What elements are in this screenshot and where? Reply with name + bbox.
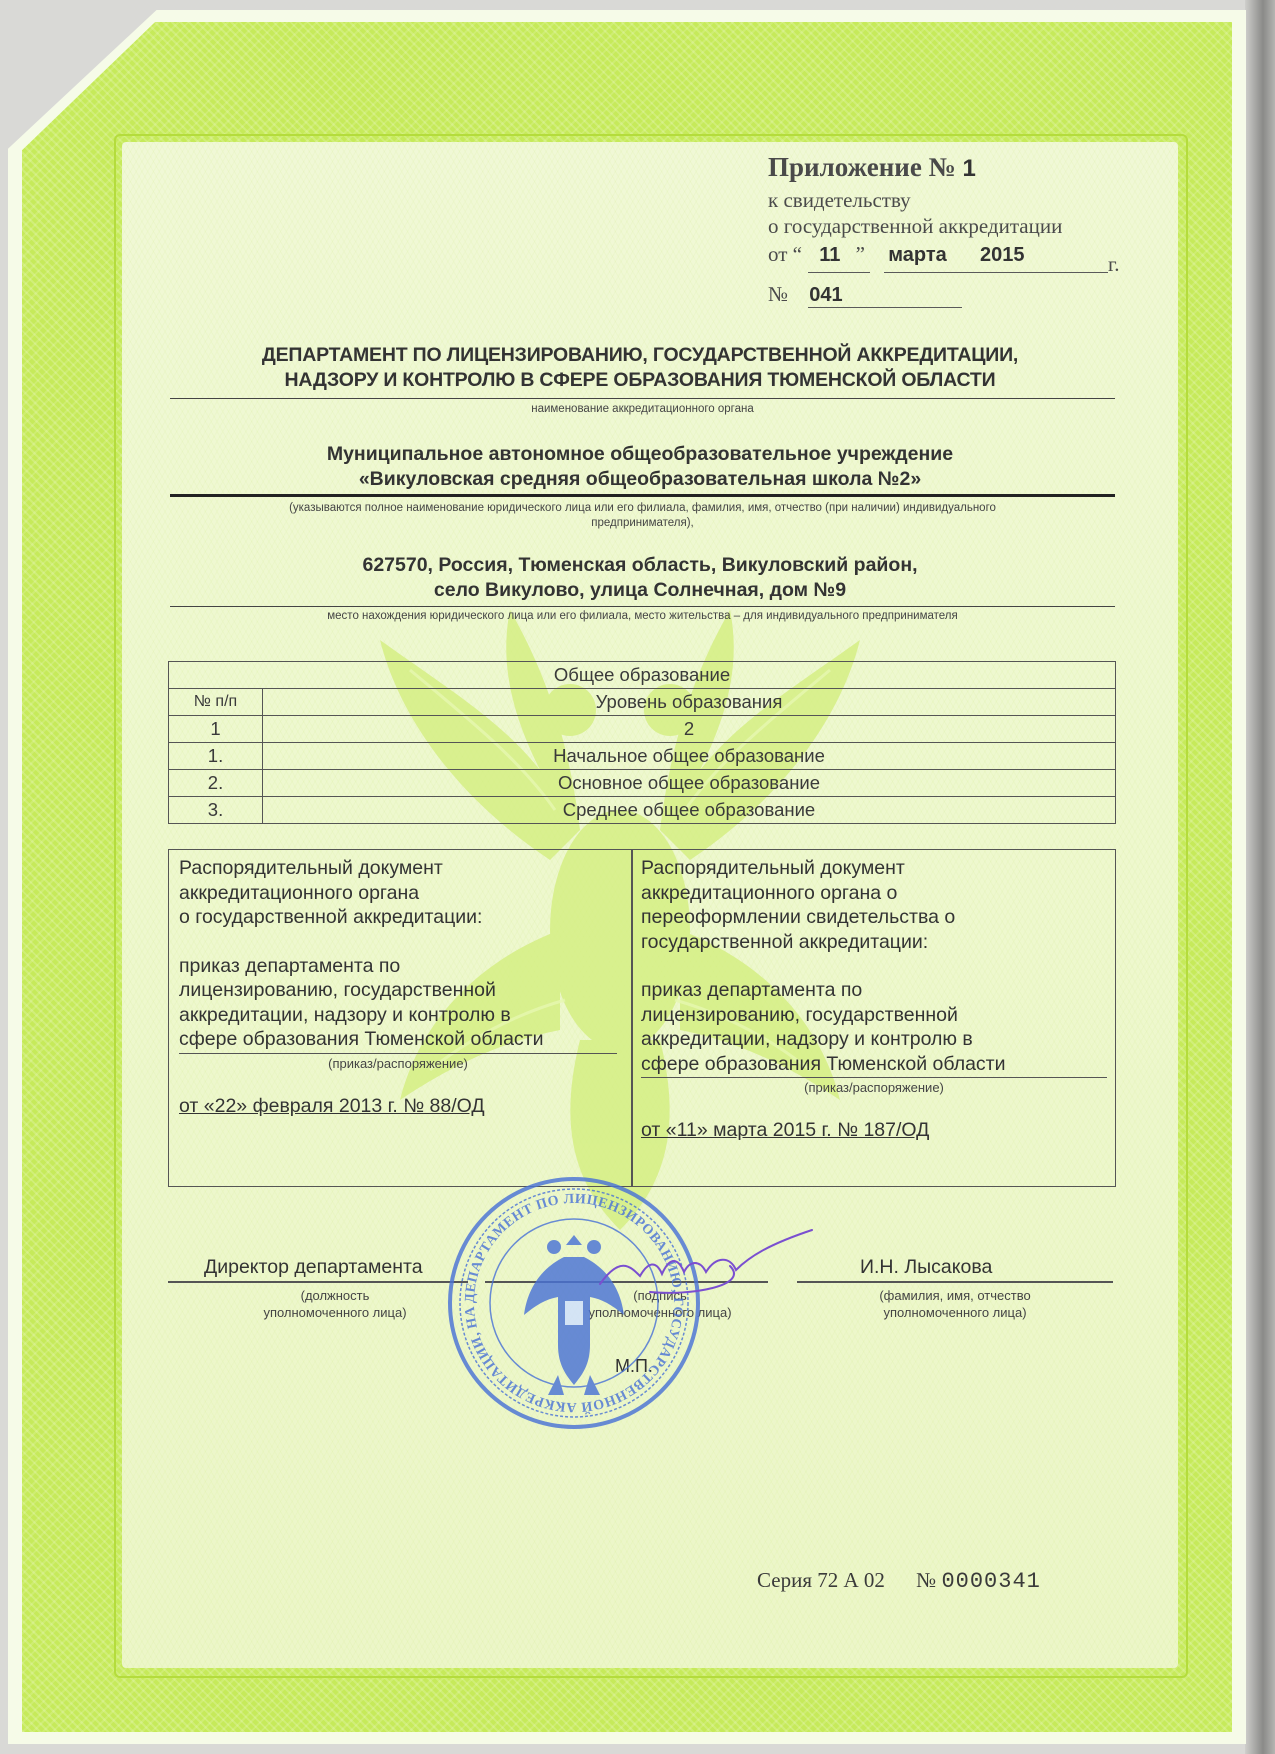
- header-level: Уровень образования: [263, 689, 1116, 716]
- documents-divider: [631, 850, 633, 1186]
- left-body-line-2: лицензированию, государственной: [179, 978, 617, 1003]
- right-heading-line-1: Распорядительный документ: [641, 856, 1107, 881]
- right-order-caption: (приказ/распоряжение): [641, 1080, 1107, 1096]
- close-quote: ”: [856, 242, 865, 266]
- authority-caption: наименование аккредитационного органа: [170, 403, 1115, 415]
- serial-number-prefix: №: [916, 1568, 936, 1592]
- left-body-line-1: приказ департамента по: [179, 954, 617, 979]
- right-heading-line-3: переоформлении свидетельства о: [641, 905, 1107, 930]
- organization-caption-line-1: (указываются полное наименование юридиче…: [170, 501, 1115, 516]
- position-underline: [168, 1281, 468, 1283]
- signatory-position: Директор департамента: [204, 1256, 423, 1279]
- table-header-row: № п/п Уровень образования: [169, 689, 1116, 716]
- address-caption: место нахождения юридического лица или е…: [170, 610, 1115, 622]
- appendix-line-1: к свидетельству: [768, 188, 911, 213]
- left-order-caption: (приказ/распоряжение): [179, 1056, 617, 1072]
- authority-name-line-2: НАДЗОРУ И КОНТРОЛЮ В СФЕРЕ ОБРАЗОВАНИЯ Т…: [150, 368, 1130, 393]
- date-day: 11: [819, 244, 840, 266]
- appendix-line-2: о государственной аккредитации: [768, 214, 1062, 239]
- organization-address: 627570, Россия, Тюменская область, Викул…: [190, 553, 1090, 603]
- administrative-documents-box: Распорядительный документ аккредитационн…: [168, 849, 1116, 1187]
- table-row: 2. Основное общее образование: [169, 770, 1116, 797]
- appendix-number-line: № 041: [768, 282, 843, 307]
- year-suffix: г.: [1108, 252, 1120, 277]
- name-caption-line-1: (фамилия, имя, отчество: [840, 1287, 1070, 1304]
- number-prefix: №: [768, 282, 788, 306]
- row-level: Среднее общее образование: [263, 797, 1116, 824]
- education-levels-table: Общее образование № п/п Уровень образова…: [168, 661, 1116, 824]
- address-line-2: село Викулово, улица Солнечная, дом №9: [190, 578, 1090, 603]
- organization-name-line-1: Муниципальное автономное общеобразовател…: [190, 442, 1090, 467]
- certificate-number: 041: [809, 284, 842, 306]
- column-number-2: 2: [263, 716, 1116, 743]
- handwritten-signature-icon: [590, 1226, 820, 1306]
- left-order-underline: [179, 1053, 617, 1054]
- name-caption: (фамилия, имя, отчество уполномоченного …: [840, 1287, 1070, 1321]
- authority-name-line-1: ДЕПАРТАМЕНТ ПО ЛИЦЕНЗИРОВАНИЮ, ГОСУДАРСТ…: [150, 343, 1130, 368]
- header-number: № п/п: [169, 689, 263, 716]
- left-heading-line-2: аккредитационного органа: [179, 881, 617, 906]
- accreditation-order-column: Распорядительный документ аккредитационн…: [179, 856, 617, 1118]
- position-caption: (должность уполномоченного лица): [220, 1287, 450, 1321]
- left-body-line-3: аккредитации, надзору и контролю в: [179, 1003, 617, 1028]
- date-year: 2015: [980, 244, 1025, 266]
- month-year-underline: [884, 272, 1108, 273]
- authority-underline: [170, 398, 1115, 399]
- appendix-title-label: Приложение №: [768, 152, 956, 182]
- right-heading-line-2: аккредитационного органа о: [641, 881, 1107, 906]
- day-underline: [808, 272, 870, 273]
- left-body-line-4: сфере образования Тюменской области: [179, 1027, 617, 1052]
- table-row: 1. Начальное общее образование: [169, 743, 1116, 770]
- appendix-date-line: от “ 11 ” марта 2015: [768, 242, 1128, 267]
- date-month: марта: [888, 244, 947, 266]
- scan-background-edge: [1245, 0, 1275, 1754]
- form-serial: Серия 72 А 02 № 0000341: [757, 1568, 1041, 1594]
- serial-number: 0000341: [941, 1569, 1040, 1594]
- position-caption-line-1: (должность: [220, 1287, 450, 1304]
- table-title-row: Общее образование: [169, 662, 1116, 689]
- left-heading-line-1: Распорядительный документ: [179, 856, 617, 881]
- table-title: Общее образование: [169, 662, 1116, 689]
- organization-name: Муниципальное автономное общеобразовател…: [190, 442, 1090, 492]
- address-underline: [170, 606, 1115, 607]
- right-body-line-4: сфере образования Тюменской области: [641, 1052, 1107, 1077]
- organization-underline: [170, 494, 1115, 497]
- organization-caption-line-2: предпринимателя),: [170, 516, 1115, 531]
- organization-caption: (указываются полное наименование юридиче…: [170, 501, 1115, 531]
- position-caption-line-2: уполномоченного лица): [220, 1304, 450, 1321]
- column-number-1: 1: [169, 716, 263, 743]
- authority-name: ДЕПАРТАМЕНТ ПО ЛИЦЕНЗИРОВАНИЮ, ГОСУДАРСТ…: [150, 343, 1130, 393]
- row-number: 3.: [169, 797, 263, 824]
- table-column-number-row: 1 2: [169, 716, 1116, 743]
- right-body-line-2: лицензированию, государственной: [641, 1003, 1107, 1028]
- right-body-line-3: аккредитации, надзору и контролю в: [641, 1027, 1107, 1052]
- row-level: Основное общее образование: [263, 770, 1116, 797]
- row-number: 2.: [169, 770, 263, 797]
- right-order-underline: [641, 1077, 1107, 1078]
- left-order-reference: от «22» февраля 2013 г. № 88/ОД: [179, 1094, 617, 1119]
- number-underline: [808, 307, 962, 308]
- right-body-line-1: приказ департамента по: [641, 978, 1107, 1003]
- open-quote: “: [793, 242, 802, 266]
- right-order-reference: от «11» марта 2015 г. № 187/ОД: [641, 1118, 1107, 1143]
- date-prefix: от: [768, 242, 787, 266]
- signatory-name: И.Н. Лысакова: [860, 1256, 992, 1279]
- left-heading-line-3: о государственной аккредитации:: [179, 905, 617, 930]
- address-line-1: 627570, Россия, Тюменская область, Викул…: [190, 553, 1090, 578]
- row-number: 1.: [169, 743, 263, 770]
- right-heading-line-4: государственной аккредитации:: [641, 930, 1107, 955]
- reissue-order-column: Распорядительный документ аккредитационн…: [641, 856, 1107, 1143]
- series-label: Серия 72 А 02: [757, 1568, 885, 1592]
- organization-name-line-2: «Викуловская средняя общеобразовательная…: [190, 467, 1090, 492]
- name-caption-line-2: уполномоченного лица): [840, 1304, 1070, 1321]
- name-underline: [797, 1281, 1113, 1283]
- table-row: 3. Среднее общее образование: [169, 797, 1116, 824]
- appendix-title: Приложение № 1: [768, 152, 976, 183]
- appendix-number: 1: [962, 155, 975, 182]
- row-level: Начальное общее образование: [263, 743, 1116, 770]
